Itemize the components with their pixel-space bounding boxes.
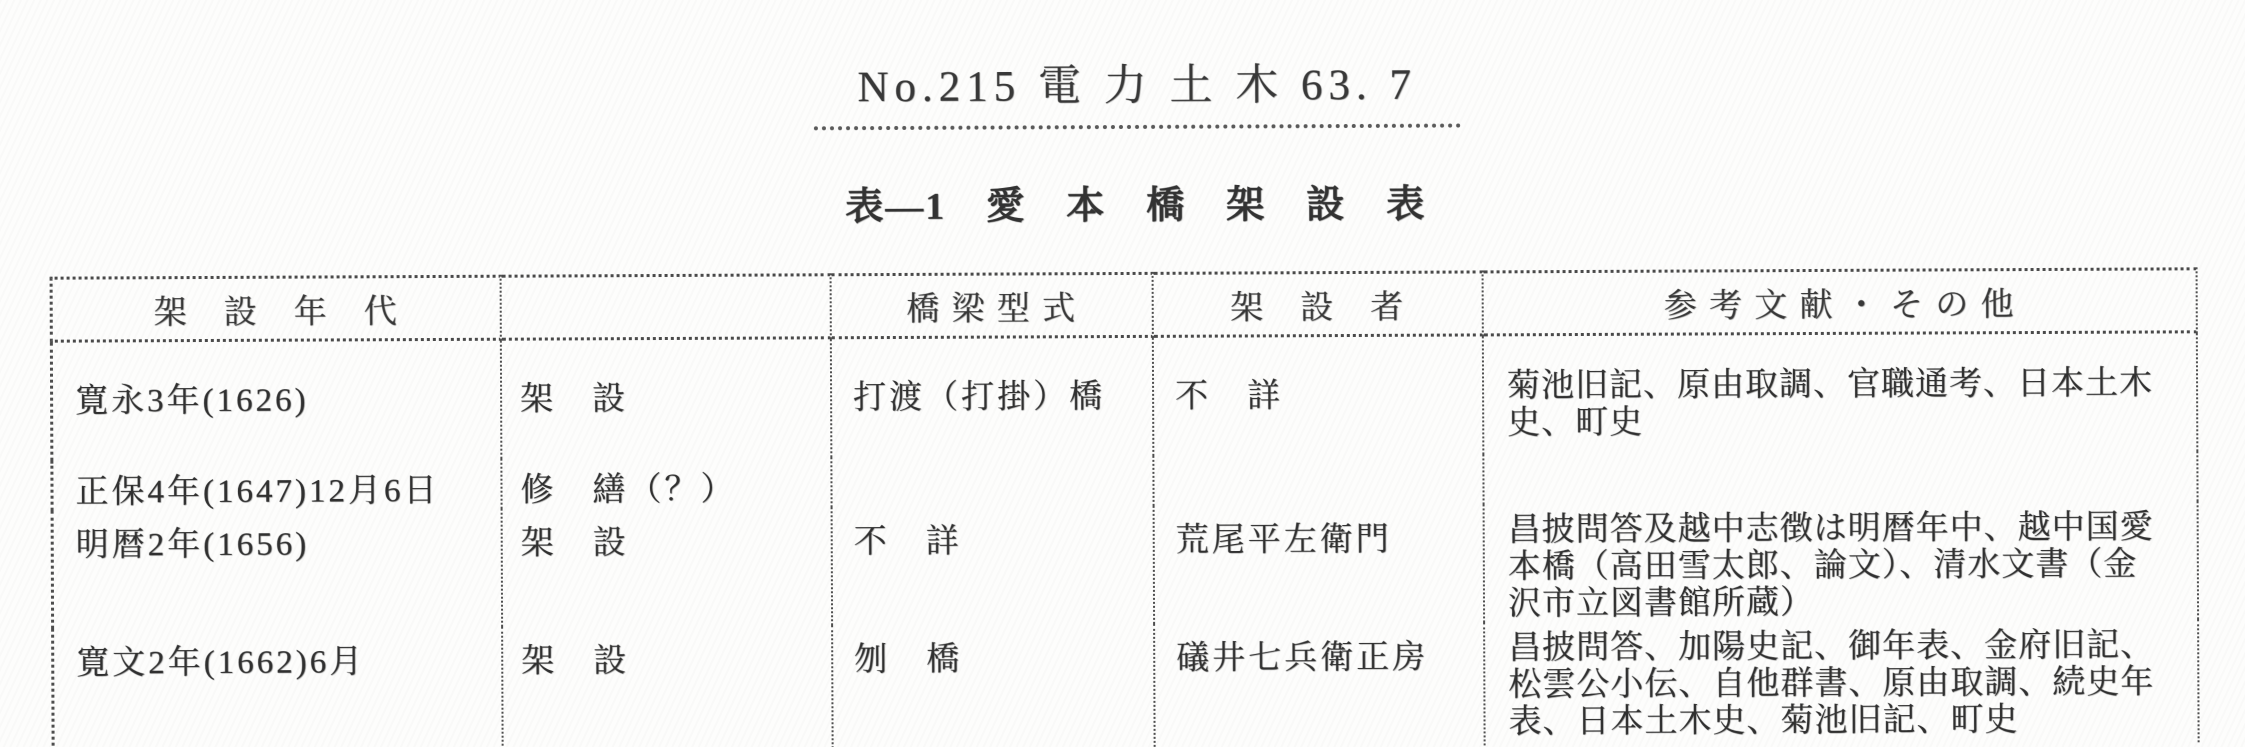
column-header-references: 参 考 文 献 ・ そ の 他	[1484, 267, 2198, 336]
column-header-builder: 架 設 者	[1154, 270, 1484, 337]
table-cell-references	[1484, 451, 2198, 504]
column-header-action	[502, 273, 832, 340]
page-title: No.215 電 力 土 木 63. 7	[813, 51, 1461, 131]
table-cell-action: 架 設	[502, 339, 833, 458]
column-header-bridge-type: 橋 梁 型 式	[832, 272, 1154, 339]
table-cell-action: 架 設	[503, 507, 834, 626]
table-cell-era: 寛永3年(1626)	[50, 341, 503, 461]
table-cell-era: 明暦2年(1656)	[51, 509, 504, 629]
table-cell-builder	[1154, 454, 1484, 505]
bridge-construction-table: 架 設 年 代 橋 梁 型 式 架 設 者 参 考 文 献 ・ そ の 他 寛永…	[50, 267, 2200, 747]
table-cell-builder: 不 詳	[1154, 336, 1485, 455]
table-cell-builder: 礒井七兵衛正房	[1155, 622, 1486, 746]
column-header-era: 架 設 年 代	[50, 275, 502, 343]
table-cell-references: 昌披問答及越中志徴は明暦年中、越中国愛本橋（高田雪太郎、論文）、清水文書（金沢市…	[1485, 501, 2200, 622]
table-cell-action: 修 繕（？）	[502, 457, 832, 508]
scanned-page: No.215 電 力 土 木 63. 7 表―1 愛 本 橋 架 設 表 架 設…	[0, 0, 2245, 747]
table-cell-bridge-type: 刎 橋	[833, 624, 1156, 747]
table-caption: 表―1 愛 本 橋 架 設 表	[13, 169, 2245, 234]
table-cell-action: 架 設	[503, 625, 834, 747]
table-cell-references: 菊池旧記、原由取調、官職通考、日本土木史、町史	[1484, 333, 2199, 454]
table-cell-bridge-type: 打渡（打掛）橋	[832, 338, 1155, 457]
table-cell-era: 寛文2年(1662)6月	[51, 627, 504, 747]
page-content: No.215 電 力 土 木 63. 7 表―1 愛 本 橋 架 設 表 架 設…	[0, 0, 2245, 747]
table-cell-builder: 荒尾平左衛門	[1155, 504, 1486, 623]
page-header: No.215 電 力 土 木 63. 7	[15, 47, 2245, 134]
table-cell-bridge-type	[832, 456, 1154, 507]
table-cell-references: 昌披問答、加陽史記、御年表、金府旧記、松雲公小伝、自他群書、原由取調、続史年表、…	[1485, 619, 2200, 745]
table-cell-bridge-type: 不 詳	[833, 506, 1156, 625]
table-cell-era: 正保4年(1647)12月6日	[50, 459, 502, 511]
